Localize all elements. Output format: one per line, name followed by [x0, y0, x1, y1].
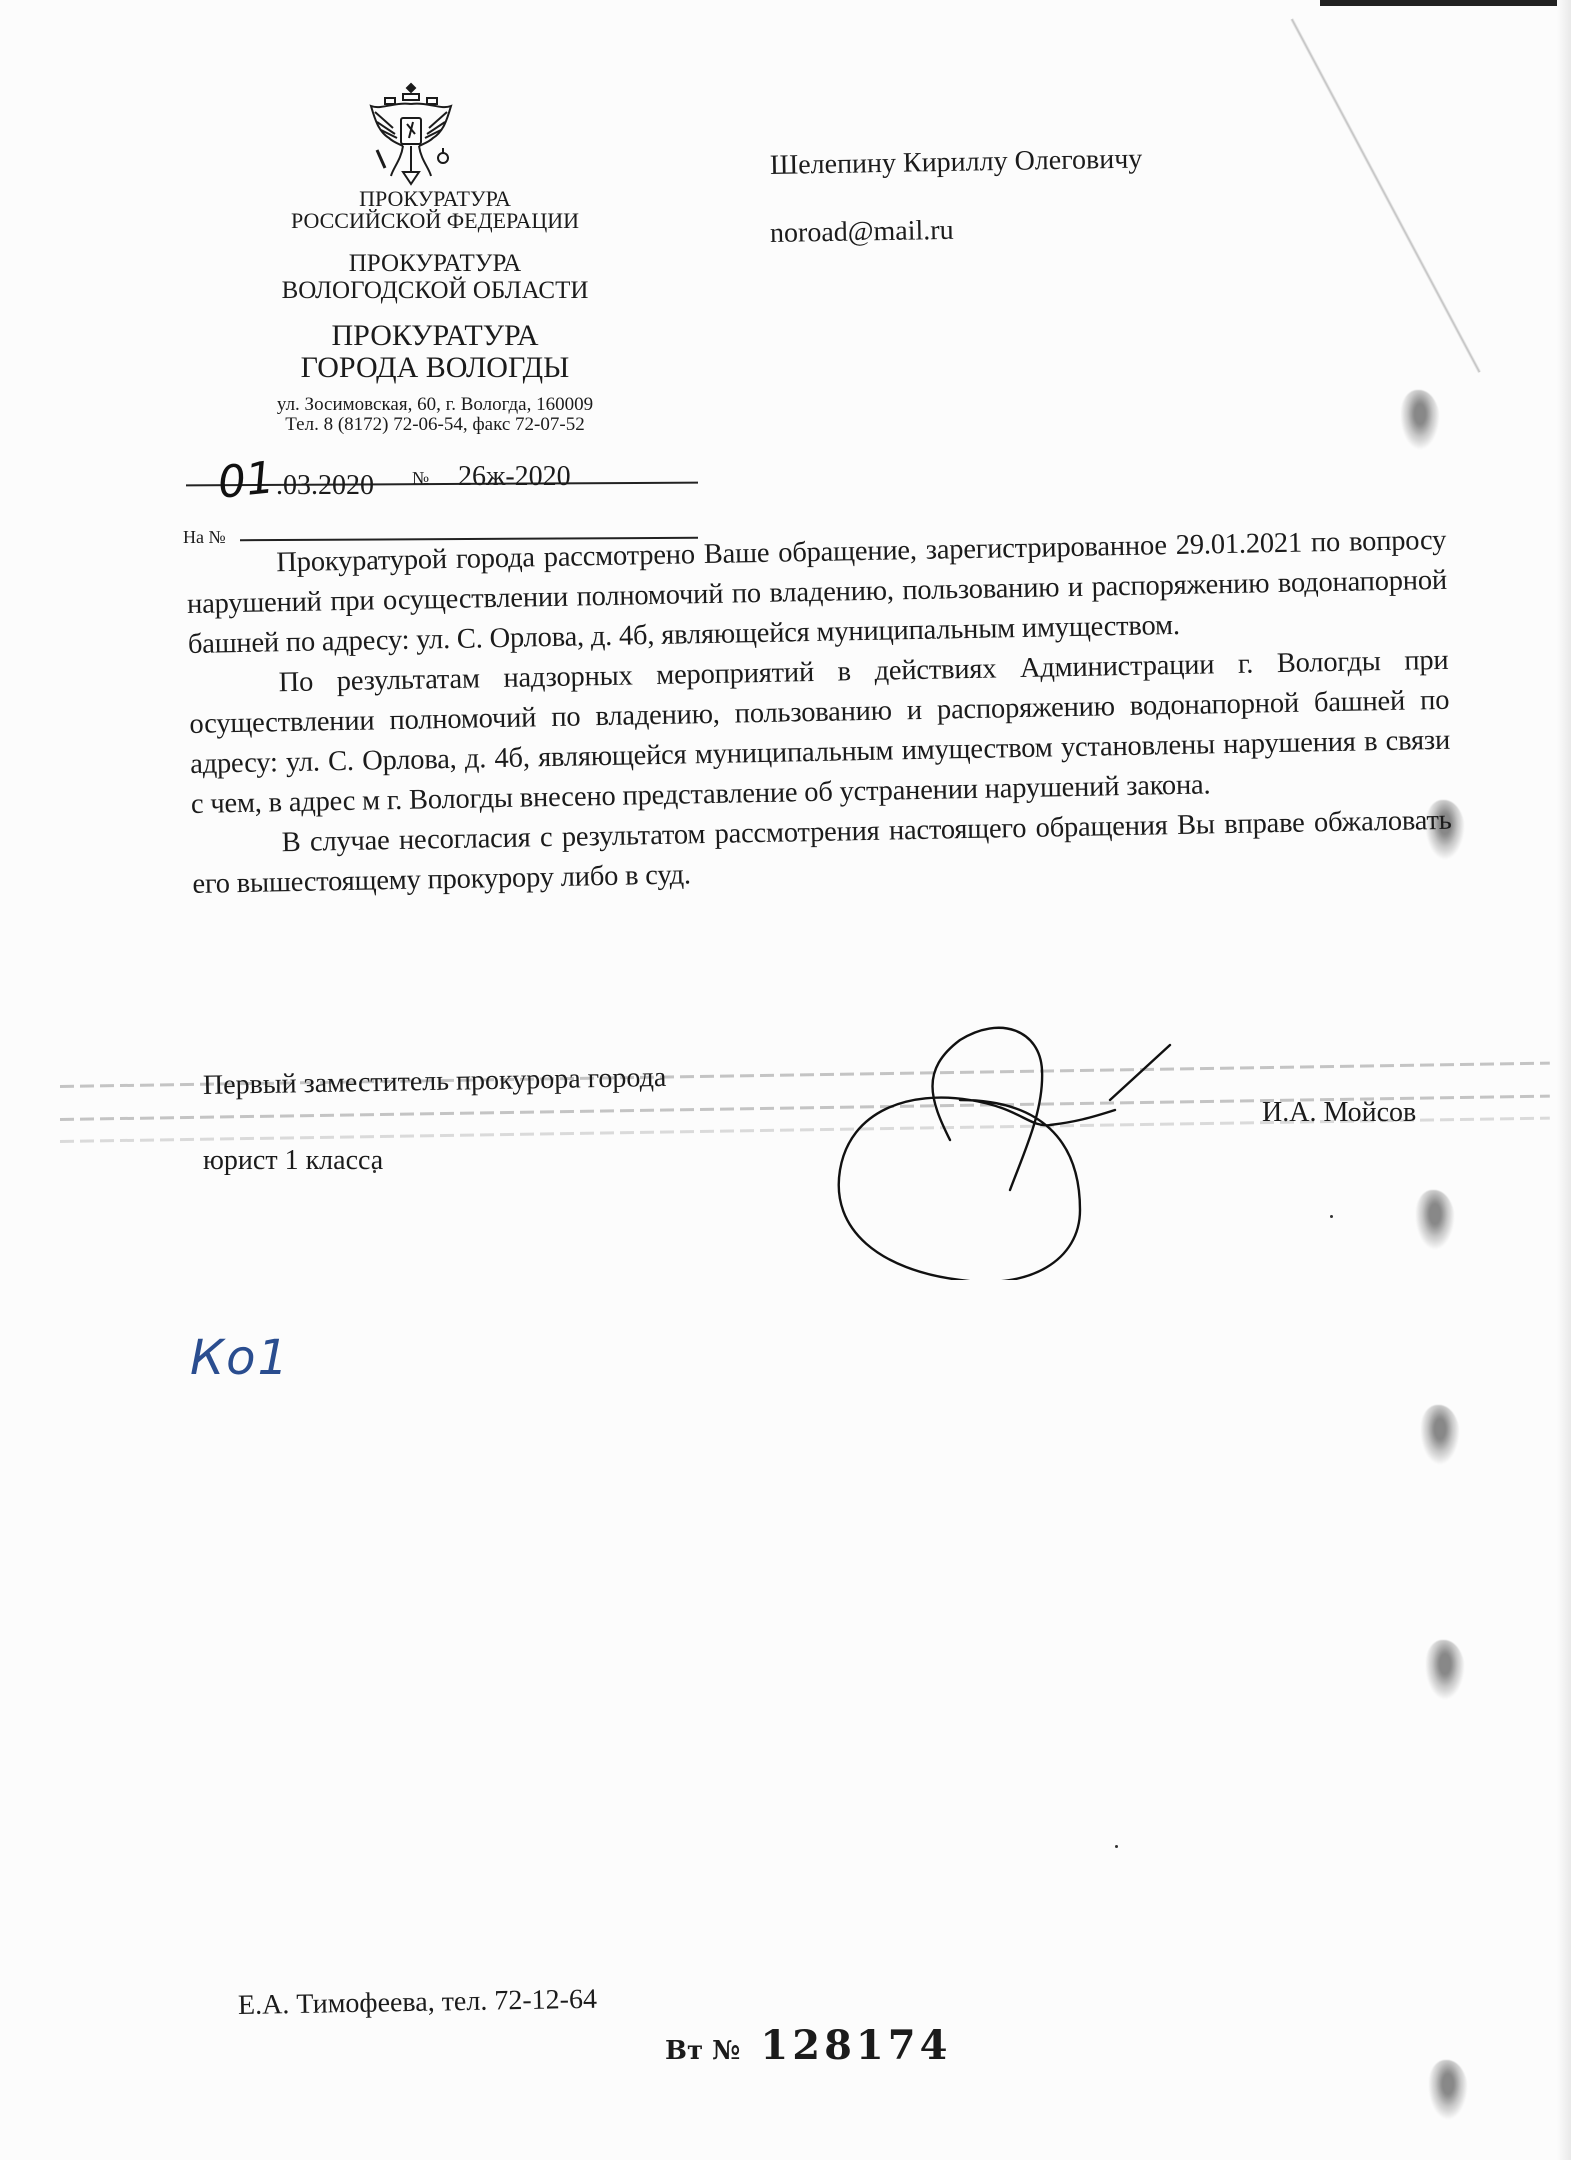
- org-line: ПРОКУРАТУРА: [270, 188, 600, 210]
- registration-number: 26ж-2020: [458, 461, 571, 493]
- org-phone: Тел. 8 (8172) 72-06-54, факс 72-07-52: [245, 415, 625, 435]
- fingerprint-smudge: [1425, 1640, 1465, 1700]
- recipient-name: Шелепину Кириллу Олеговичу: [770, 144, 1143, 182]
- handwritten-date-day: 01: [215, 452, 276, 509]
- speck: [1115, 1845, 1118, 1848]
- speck: [373, 1170, 376, 1173]
- letter-body: Прокуратурой города рассмотрено Ваше обр…: [186, 521, 1453, 905]
- org-line: РОССИЙСКОЙ ФЕДЕРАЦИИ: [270, 210, 600, 232]
- org-contacts: ул. Зосимовская, 60, г. Вологда, 160009 …: [245, 395, 625, 435]
- org-line: ПРОКУРАТУРА: [250, 250, 620, 277]
- handwritten-note: Ко1: [190, 1330, 290, 1386]
- org-line: ПРОКУРАТУРА: [260, 320, 610, 352]
- signatory-rank: юрист 1 класса: [203, 1145, 383, 1177]
- fingerprint-smudge: [1420, 1405, 1460, 1465]
- registration-date: .03.2020: [276, 470, 374, 502]
- fingerprint-smudge: [1428, 2060, 1468, 2120]
- russian-coat-of-arms-icon: [363, 80, 459, 188]
- org-address: ул. Зосимовская, 60, г. Вологда, 160009: [245, 395, 625, 415]
- fingerprint-smudge: [1415, 1190, 1455, 1250]
- body-paragraph: Прокуратурой города рассмотрено Ваше обр…: [186, 521, 1448, 665]
- org-city-prosecutor: ПРОКУРАТУРА ГОРОДА ВОЛОГДЫ: [260, 320, 610, 384]
- recipient-email: noroad@mail.ru: [770, 215, 954, 250]
- incoming-label: Вт №: [665, 2036, 740, 2066]
- org-line: ВОЛОГОДСКОЙ ОБЛАСТИ: [250, 277, 620, 304]
- org-rf-prosecutor: ПРОКУРАТУРА РОССИЙСКОЙ ФЕДЕРАЦИИ: [270, 188, 600, 232]
- fingerprint-smudge: [1400, 390, 1440, 450]
- signatory-position: Первый заместитель прокурора города: [203, 1062, 667, 1102]
- handwritten-signature: [810, 1000, 1370, 1280]
- speck: [1330, 1215, 1333, 1218]
- incoming-number: 128174: [760, 2022, 951, 2069]
- org-regional-prosecutor: ПРОКУРАТУРА ВОЛОГОДСКОЙ ОБЛАСТИ: [250, 250, 620, 304]
- incoming-stamp: Вт № 128174: [665, 2022, 951, 2069]
- paper-fold-crease: [1290, 18, 1481, 373]
- document-page: ПРОКУРАТУРА РОССИЙСКОЙ ФЕДЕРАЦИИ ПРОКУРА…: [0, 0, 1571, 2160]
- org-line: ГОРОДА ВОЛОГДЫ: [260, 352, 610, 384]
- executor-contact: Е.А. Тимофеева, тел. 72-12-64: [238, 1984, 598, 2022]
- paper-edge: [1557, 0, 1571, 2160]
- number-label: №: [412, 468, 429, 489]
- body-paragraph: По результатам надзорных мероприятий в д…: [188, 641, 1451, 825]
- scan-edge-shadow: [1320, 0, 1571, 6]
